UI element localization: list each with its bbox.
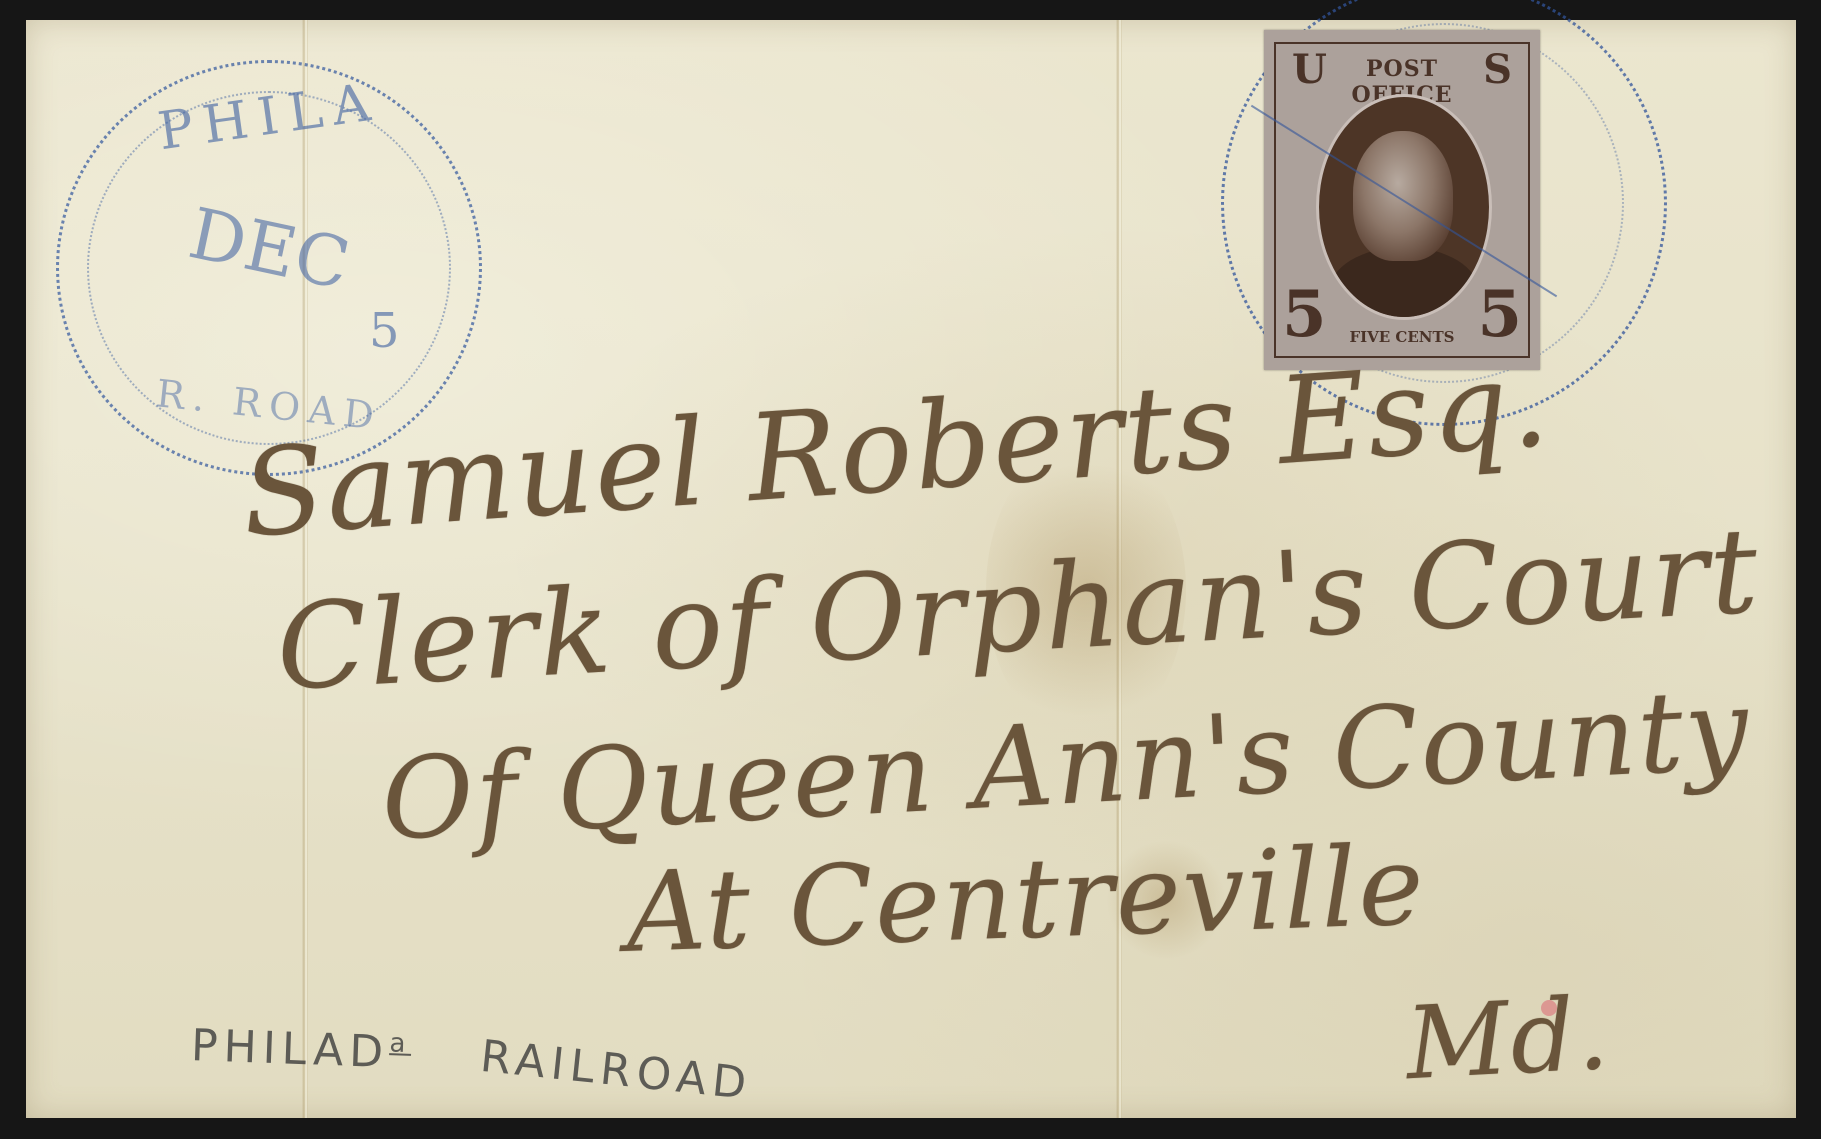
postmark-day: 5 (369, 303, 400, 359)
stamp-value: 5 (1282, 277, 1327, 352)
pencil-superscript: a (389, 1028, 412, 1059)
address-town: At Centreville (624, 821, 1427, 977)
stamp-portrait-oval (1316, 94, 1492, 320)
letter-cover: PHILA DEC 5 R. ROAD U S POST OFFICE 5 5 … (26, 20, 1796, 1118)
pencil-word: RAILROAD (478, 1031, 755, 1110)
pencil-notation: PHILADa RAILROAD (190, 1020, 754, 1091)
postage-stamp: U S POST OFFICE 5 5 FIVE CENTS (1264, 30, 1540, 370)
pencil-word: PHILAD (190, 1020, 390, 1078)
address-state: Md. (1403, 975, 1613, 1103)
ink-spot (1541, 1000, 1557, 1016)
franklin-portrait-icon (1353, 131, 1453, 261)
